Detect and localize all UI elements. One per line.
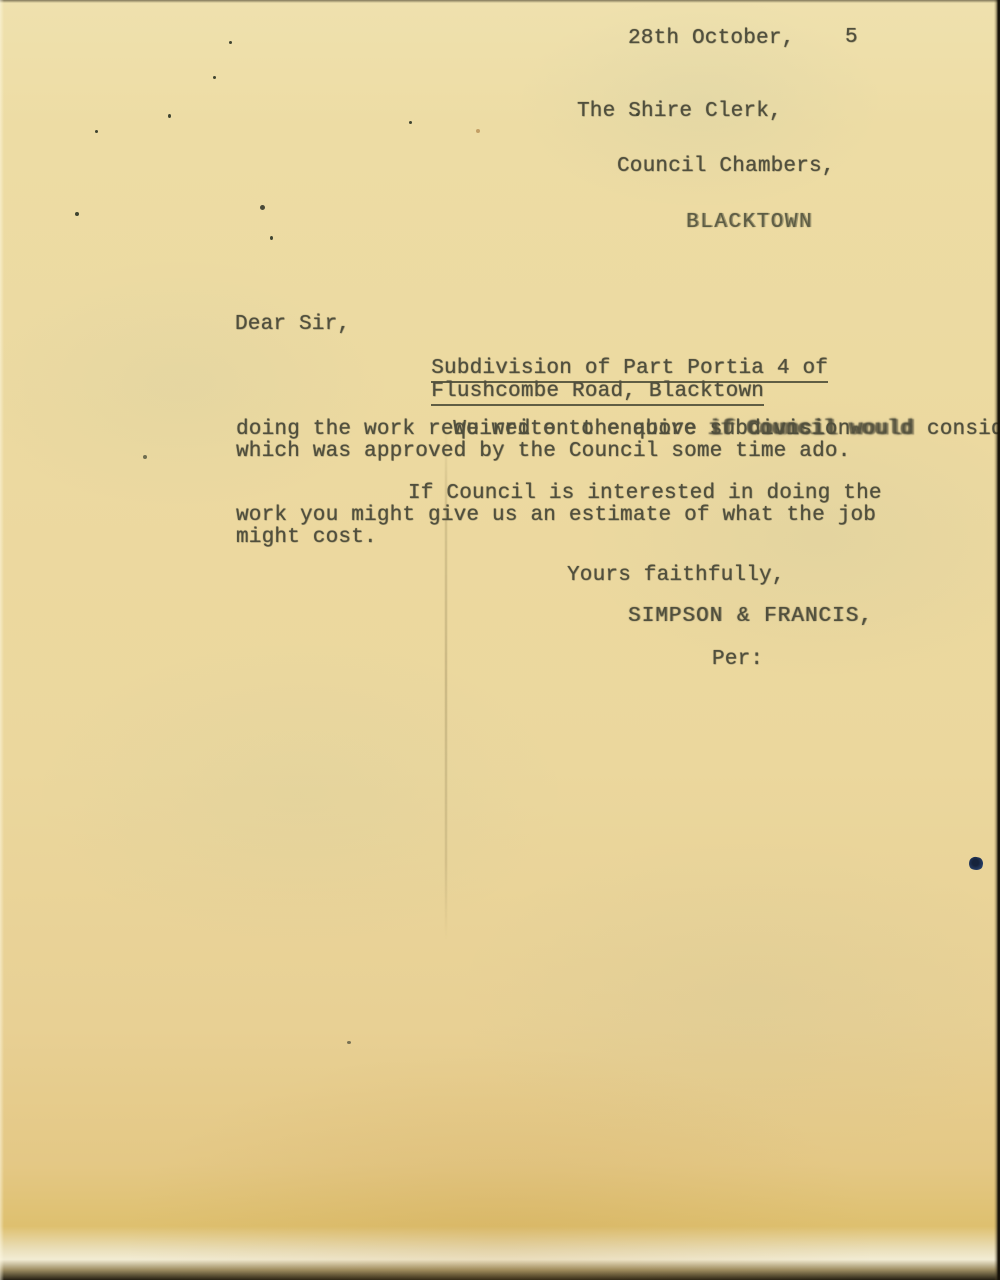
paper-speck bbox=[229, 41, 232, 44]
paper-speck bbox=[75, 212, 79, 216]
salutation: Dear Sir, bbox=[235, 314, 350, 336]
signature-company: SIMPSON & FRANCIS, bbox=[628, 606, 873, 628]
ink-blot bbox=[968, 855, 985, 871]
para2-line-2: work you might give us an estimate of wh… bbox=[236, 505, 876, 527]
paper-speck bbox=[213, 76, 216, 79]
para1-line-2: doing the work required on the above sub… bbox=[236, 419, 851, 441]
recipient-line-3: BLACKTOWN bbox=[686, 212, 813, 234]
fold-crease bbox=[445, 425, 447, 940]
paper-speck bbox=[409, 121, 412, 124]
paper-speck bbox=[95, 130, 98, 133]
paper-speck bbox=[347, 1041, 351, 1044]
para1-line-1-post: consider bbox=[914, 418, 1000, 441]
page-edge-right bbox=[994, 0, 1000, 1280]
paper-speck bbox=[636, 113, 639, 116]
para2-line-1: If Council is interested in doing the bbox=[408, 483, 882, 505]
page-edge-left bbox=[0, 0, 4, 1280]
paper-speck bbox=[260, 205, 265, 210]
valediction: Yours faithfully, bbox=[567, 565, 785, 587]
recipient-line-2: Council Chambers, bbox=[617, 156, 835, 178]
page-edge-top bbox=[0, 0, 1000, 3]
recipient-line-1: The Shire Clerk, bbox=[577, 101, 782, 123]
paper-speck bbox=[168, 114, 171, 118]
para1-line-3: which was approved by the Council some t… bbox=[236, 441, 851, 463]
paper-speck bbox=[270, 236, 273, 240]
date-line: 28th October, bbox=[628, 28, 794, 50]
per-label: Per: bbox=[712, 649, 763, 671]
letter-page: 28th October, 5 The Shire Clerk, Council… bbox=[0, 0, 1000, 1280]
paper-speck bbox=[143, 455, 147, 459]
page-number: 5 bbox=[845, 27, 858, 49]
paper-speck bbox=[476, 129, 480, 133]
para2-line-3: might cost. bbox=[236, 527, 377, 549]
